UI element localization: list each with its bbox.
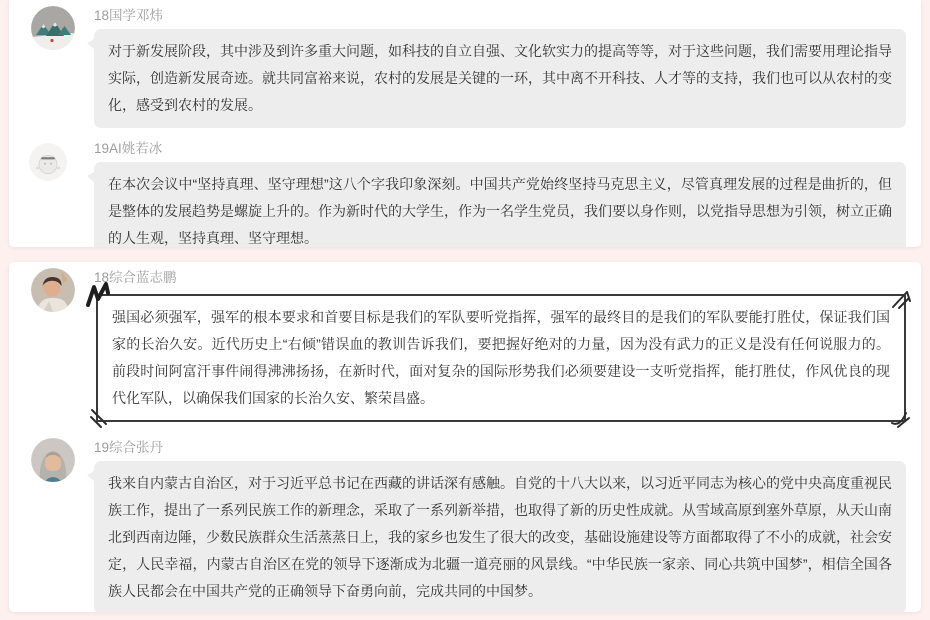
ink-flourish-bottom-left-icon <box>88 404 114 430</box>
mountain-landscape-avatar[interactable] <box>31 6 75 50</box>
bubble-tail-icon <box>87 470 96 483</box>
message-bubble: 我来自内蒙古自治区，对于习近平总书记在西藏的讲话深有感触。自党的十八大以来，以习… <box>94 461 906 612</box>
portrait-man-avatar[interactable] <box>31 268 75 312</box>
message-row: 19AI姚若冰 在本次会议中“坚持真理、坚守理想”这八个字我印象深刻。中国共产党… <box>22 139 906 247</box>
portrait-hoodie-avatar[interactable] <box>31 438 75 482</box>
message-text: 对于新发展阶段，其中涉及到许多重大问题，如科技的自立自强、文化软实力的提高等等，… <box>108 38 892 119</box>
messages-card-bottom: 18综合蓝志鹏 强国必须强军，强军的根本要求和首要目标是我们的军队要听党指挥，强… <box>9 262 921 612</box>
ink-flourish-top-right-icon <box>887 287 913 313</box>
message-row: 18综合蓝志鹏 强国必须强军，强军的根本要求和首要目标是我们的军队要听党指挥，强… <box>22 268 906 422</box>
message-bubble: 在本次会议中“坚持真理、坚守理想”这八个字我印象深刻。中国共产党始终坚持马克思主… <box>94 162 906 247</box>
message-bubble: 对于新发展阶段，其中涉及到许多重大问题，如科技的自立自强、文化软实力的提高等等，… <box>94 29 906 128</box>
message-row: 19综合张丹 我来自内蒙古自治区，对于习近平总书记在西藏的讲话深有感触。自党的十… <box>22 438 906 612</box>
message-text: 我来自内蒙古自治区，对于习近平总书记在西藏的讲话深有感触。自党的十八大以来，以习… <box>108 470 892 605</box>
ink-framed-message: 强国必须强军，强军的根本要求和首要目标是我们的军队要听党指挥，强军的最终目的是我… <box>96 294 906 422</box>
message-text: 强国必须强军，强军的根本要求和首要目标是我们的军队要听党指挥，强军的最终目的是我… <box>112 304 890 412</box>
message-text: 在本次会议中“坚持真理、坚守理想”这八个字我印象深刻。中国共产党始终坚持马克思主… <box>108 171 892 247</box>
sender-name: 18综合蓝志鹏 <box>94 268 906 288</box>
sender-name: 19综合张丹 <box>94 438 906 458</box>
bubble-tail-icon <box>87 38 96 51</box>
cartoon-figure-avatar[interactable] <box>29 143 67 181</box>
sender-name: 19AI姚若冰 <box>94 139 906 159</box>
ink-flourish-bottom-right-icon <box>888 405 914 431</box>
message-row: 18国学邓炜 对于新发展阶段，其中涉及到许多重大问题，如科技的自立自强、文化软实… <box>22 6 906 128</box>
bubble-tail-icon <box>87 171 96 184</box>
messages-card-top: 18国学邓炜 对于新发展阶段，其中涉及到许多重大问题，如科技的自立自强、文化软实… <box>9 0 921 247</box>
sender-name: 18国学邓炜 <box>94 6 906 26</box>
